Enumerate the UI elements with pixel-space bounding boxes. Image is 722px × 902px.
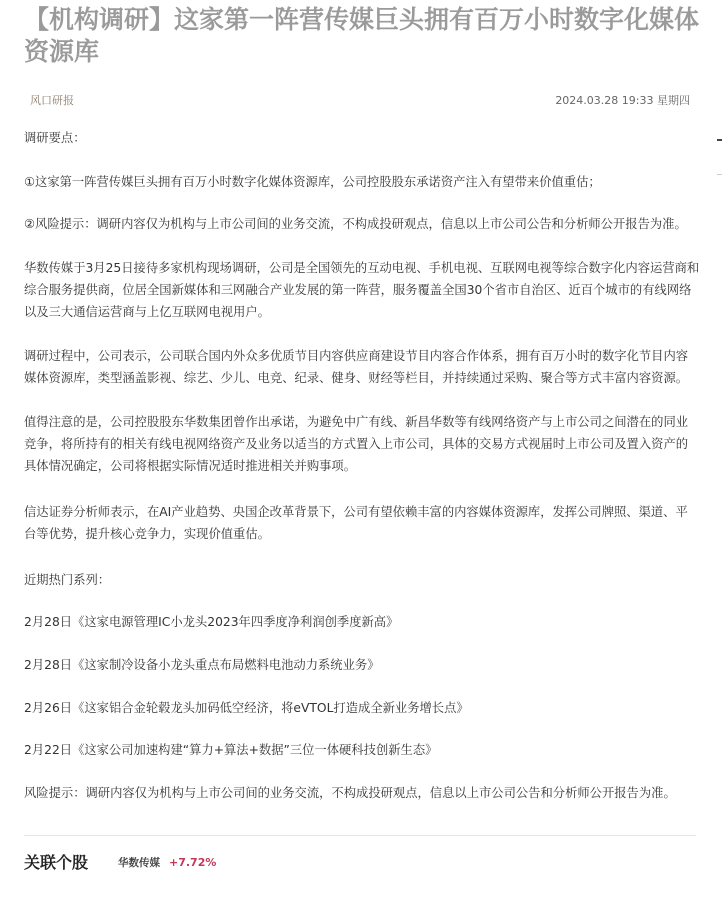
side-float-handle[interactable] — [717, 139, 722, 141]
paragraph-commitment: 值得注意的是，公司控股股东华数集团曾作出承诺，为避免中广有线、新昌华数等有线网络… — [24, 411, 700, 477]
article-source[interactable]: 风口研报 — [30, 93, 74, 109]
hot-series-link-3[interactable]: 2月26日《这家铝合金轮毂龙头加码低空经济，将eVTOL打造成全新业务增长点》 — [24, 697, 700, 719]
section-heading-hot-series: 近期热门系列： — [24, 569, 700, 591]
paragraph-intro: 华数传媒于3月25日接待多家机构现场调研，公司是全国领先的互动电视、手机电视、互… — [24, 257, 700, 323]
section-heading-key-points: 调研要点： — [24, 127, 700, 149]
key-point-2: ②风险提示：调研内容仅为机构与上市公司间的业务交流，不构成投研观点，信息以上市公… — [24, 213, 700, 235]
paragraph-analyst: 信达证券分析师表示，在AI产业趋势、央国企改革背景下，公司有望依赖丰富的内容媒体… — [24, 501, 700, 545]
section-divider — [24, 835, 696, 836]
side-float-divider — [717, 174, 722, 175]
article-title: 【机构调研】这家第一阵营传媒巨头拥有百万小时数字化媒体资源库 — [24, 4, 714, 68]
hot-series-link-2[interactable]: 2月28日《这家制冷设备小龙头重点布局燃料电池动力系统业务》 — [24, 654, 700, 676]
stock-change: +7.72% — [169, 855, 216, 871]
risk-notice: 风险提示：调研内容仅为机构与上市公司间的业务交流，不构成投研观点，信息以上市公司… — [24, 782, 700, 804]
hot-series-link-1[interactable]: 2月28日《这家电源管理IC小龙头2023年四季度净利润创季度新高》 — [24, 611, 700, 633]
hot-series-link-4[interactable]: 2月22日《这家公司加速构建“算力+算法+数据”三位一体硬科技创新生态》 — [24, 739, 700, 761]
related-stocks-title: 关联个股 — [24, 851, 88, 875]
article-datetime: 2024.03.28 19:33 星期四 — [555, 93, 690, 109]
paragraph-research-process: 调研过程中，公司表示，公司联合国内外众多优质节目内容供应商建设节目内容合作体系，… — [24, 345, 700, 389]
key-point-1: ①这家第一阵营传媒巨头拥有百万小时数字化媒体资源库，公司控股股东承诺资产注入有望… — [24, 171, 700, 193]
stock-name[interactable]: 华数传媒 — [118, 855, 160, 871]
article-meta: 风口研报 2024.03.28 19:33 星期四 — [30, 93, 690, 109]
